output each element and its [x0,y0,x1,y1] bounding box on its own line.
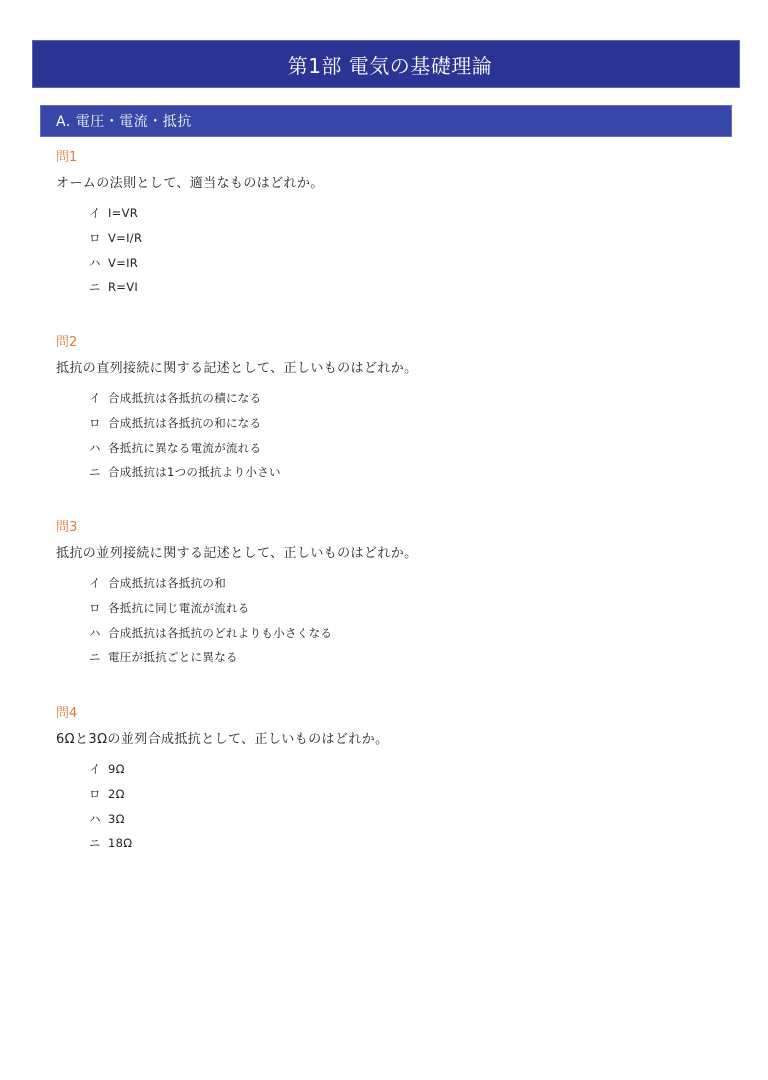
option-list: イ 合成抵抗は各抵抗の積になる ロ 合成抵抗は各抵抗の和になる ハ 各抵抗に異な… [56,386,736,485]
option-marker: ロ [89,415,108,431]
question-text: オームの法則として、適当なものはどれか。 [56,174,736,194]
question-3: 問3 抵抗の並列接続に関する記述として、正しいものはどれか。 イ 合成抵抗は各抵… [56,519,736,670]
part-title: 第1部 電気の基礎理論 [280,50,493,79]
option-text: 3Ω [108,812,125,826]
option-marker: ニ [89,279,108,295]
option-text: 各抵抗に異なる電流が流れる [108,440,261,456]
option-ha[interactable]: ハ V=IR [89,250,736,275]
section-title: A. 電圧・電流・抵抗 [41,111,192,131]
option-text: R=VI [108,280,138,294]
option-ha[interactable]: ハ 合成抵抗は各抵抗のどれよりも小さくなる [89,620,736,645]
option-text: 合成抵抗は各抵抗の積になる [108,390,261,406]
option-text: 18Ω [108,836,132,850]
option-i[interactable]: イ I=VR [89,201,736,226]
option-marker: ハ [89,811,108,827]
option-marker: イ [89,205,108,221]
option-ha[interactable]: ハ 3Ω [89,806,736,831]
option-ro[interactable]: ロ 2Ω [89,782,736,807]
option-text: V=I/R [108,231,142,245]
option-text: 合成抵抗は各抵抗のどれよりも小さくなる [108,625,332,641]
option-ro[interactable]: ロ V=I/R [89,226,736,251]
option-ni[interactable]: ニ 合成抵抗は1つの抵抗より小さい [89,460,736,485]
option-text: 2Ω [108,787,125,801]
question-text: 抵抗の直列接続に関する記述として、正しいものはどれか。 [56,359,736,379]
question-4: 問4 6Ωと3Ωの並列合成抵抗として、正しいものはどれか。 イ 9Ω ロ 2Ω … [56,705,736,856]
option-text: 合成抵抗は1つの抵抗より小さい [108,464,281,480]
question-label: 問1 [56,149,736,167]
option-text: 電圧が抵抗ごとに異なる [108,649,238,665]
option-ha[interactable]: ハ 各抵抗に異なる電流が流れる [89,435,736,460]
option-list: イ 9Ω ロ 2Ω ハ 3Ω ニ 18Ω [56,757,736,856]
option-ro[interactable]: ロ 各抵抗に同じ電流が流れる [89,596,736,621]
option-ni[interactable]: ニ 18Ω [89,831,736,856]
option-i[interactable]: イ 合成抵抗は各抵抗の和 [89,571,736,596]
section-header: A. 電圧・電流・抵抗 [40,105,732,137]
option-marker: ロ [89,230,108,246]
option-ro[interactable]: ロ 合成抵抗は各抵抗の和になる [89,411,736,436]
option-marker: ハ [89,440,108,456]
question-label: 問3 [56,519,736,537]
option-ni[interactable]: ニ 電圧が抵抗ごとに異なる [89,645,736,670]
option-list: イ I=VR ロ V=I/R ハ V=IR ニ R=VI [56,201,736,300]
question-1: 問1 オームの法則として、適当なものはどれか。 イ I=VR ロ V=I/R ハ… [56,149,736,300]
option-marker: イ [89,575,108,591]
option-marker: ハ [89,255,108,271]
option-i[interactable]: イ 合成抵抗は各抵抗の積になる [89,386,736,411]
option-text: I=VR [108,206,138,220]
question-2: 問2 抵抗の直列接続に関する記述として、正しいものはどれか。 イ 合成抵抗は各抵… [56,334,736,485]
option-marker: ニ [89,649,108,665]
option-text: 9Ω [108,762,125,776]
option-marker: ハ [89,625,108,641]
option-marker: イ [89,390,108,406]
question-label: 問2 [56,334,736,352]
option-text: 各抵抗に同じ電流が流れる [108,600,250,616]
part-header: 第1部 電気の基礎理論 [32,40,740,88]
option-ni[interactable]: ニ R=VI [89,275,736,300]
option-marker: ロ [89,786,108,802]
option-text: 合成抵抗は各抵抗の和 [108,575,226,591]
option-text: V=IR [108,256,138,270]
question-label: 問4 [56,705,736,723]
option-marker: ニ [89,464,108,480]
option-marker: イ [89,761,108,777]
option-marker: ニ [89,835,108,851]
option-i[interactable]: イ 9Ω [89,757,736,782]
option-marker: ロ [89,600,108,616]
option-list: イ 合成抵抗は各抵抗の和 ロ 各抵抗に同じ電流が流れる ハ 合成抵抗は各抵抗のど… [56,571,736,670]
option-text: 合成抵抗は各抵抗の和になる [108,415,261,431]
question-text: 6Ωと3Ωの並列合成抵抗として、正しいものはどれか。 [56,730,736,750]
question-text: 抵抗の並列接続に関する記述として、正しいものはどれか。 [56,544,736,564]
